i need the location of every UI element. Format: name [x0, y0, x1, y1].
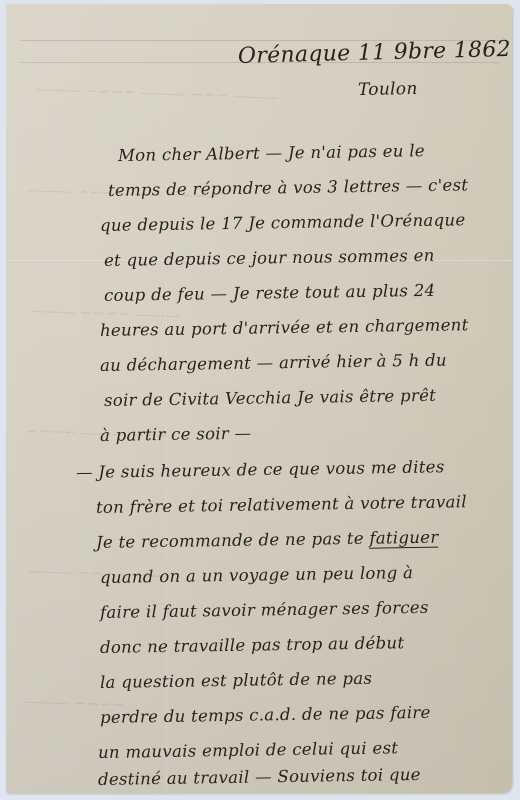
letter-line: la question est plutôt de ne pas: [100, 669, 372, 692]
letter-line: quand on a un voyage un peu long à: [100, 563, 413, 587]
letter-line: au déchargement — arrivé hier à 5 h du: [100, 351, 447, 375]
letter-date: Orénaque 11 9bre 1862: [238, 37, 512, 69]
letter-line: coup de feu — Je reste tout au plus 24: [104, 281, 436, 305]
letter-line-text: Je te recommande de ne pas te: [96, 529, 364, 552]
letter-line: destiné au travail — Souviens toi que: [98, 765, 421, 789]
letter-line: donc ne travaille pas trop au début: [100, 633, 405, 657]
bleed-through-writing: ——— ~~~ ——— ~~~~ ———: [36, 80, 279, 106]
letter-line: soir de Civita Vecchia Je vais être prêt: [104, 386, 436, 410]
letter-line: Je te recommande de ne pas te fatiguer: [96, 528, 439, 552]
letter-line: que depuis le 17 Je commande l'Orénaque: [100, 210, 466, 235]
letter-line: heures au port d'arrivée et en chargemen…: [100, 315, 469, 340]
letter-line: un mauvais emploi de celui qui est: [98, 738, 399, 762]
letter-line: — Je suis heureux de ce que vous me dite…: [76, 457, 445, 482]
letter-line: ton frère et toi relativement à votre tr…: [96, 492, 467, 517]
letter-line: perdre du temps c.a.d. de ne pas faire: [100, 703, 431, 727]
letter-line: faire il faut savoir ménager ses forces: [100, 598, 429, 622]
letter-line: temps de répondre à vos 3 lettres — c'es…: [108, 175, 469, 200]
letter-place: Toulon: [358, 79, 418, 100]
letter-line: et que depuis ce jour nous sommes en: [104, 246, 435, 270]
letter-line: à partir ce soir —: [100, 424, 252, 445]
letter-line: Mon cher Albert — Je n'ai pas eu le: [118, 141, 425, 165]
underlined-word: fatiguer: [369, 528, 438, 549]
letter-page: ——— ~~~ ——— ~~~~ ——— ~~~~ ——— ~~~ ——— ——…: [6, 4, 512, 793]
